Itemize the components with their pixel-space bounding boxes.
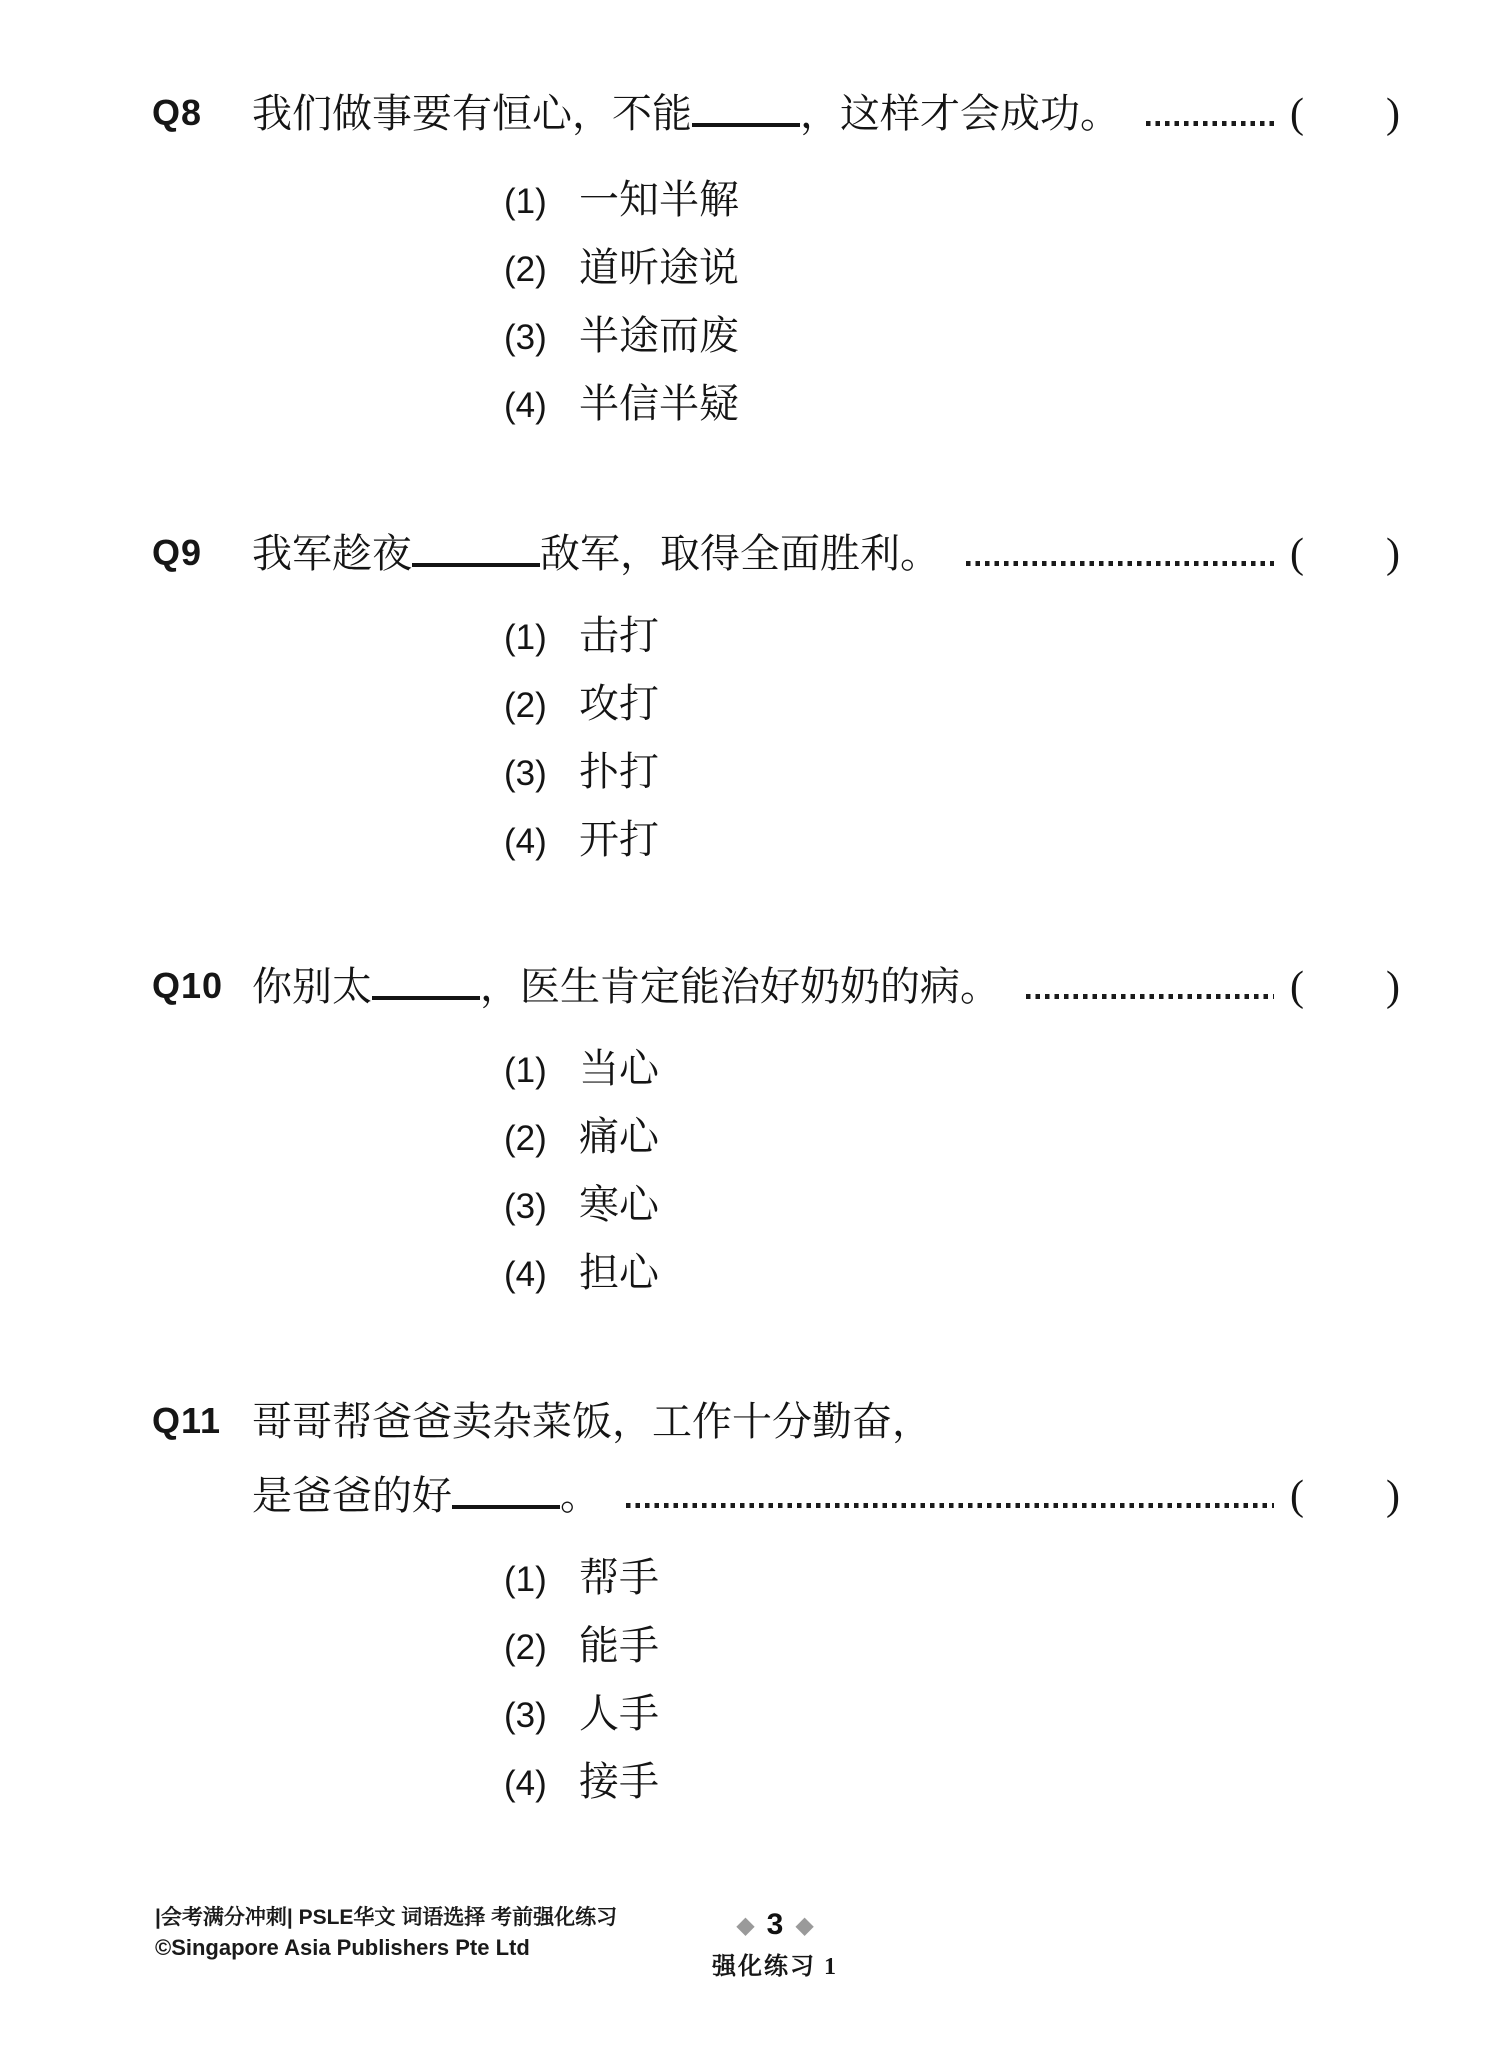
option-row: (2)攻打 <box>504 684 1400 726</box>
option-text: 接手 <box>579 1762 659 1802</box>
diamond-icon: ◆ <box>795 1908 813 1942</box>
option-number: (1) <box>504 1560 579 1600</box>
question-block-q8: Q8 我们做事要有恒心，不能，这样才会成功。 () (1)一知半解 (2)道听途… <box>0 90 1504 452</box>
fill-in-blank <box>372 990 480 1000</box>
answer-brackets: () <box>1290 90 1400 138</box>
question-number: Q8 <box>152 92 202 134</box>
option-number: (4) <box>504 1764 579 1804</box>
question-stem-part2: 是爸爸的好。 <box>252 1472 600 1520</box>
stem-pre: 是爸爸的好 <box>252 1473 452 1518</box>
option-text: 道听途说 <box>579 248 739 288</box>
option-number: (2) <box>504 250 579 290</box>
question-block-q11: Q11 哥哥帮爸爸卖杂菜饭，工作十分勤奋， 是爸爸的好。 () (1)帮手 (2… <box>0 1398 1504 1830</box>
stem-pre: 我们做事要有恒心，不能 <box>252 91 692 136</box>
stem-post: ，这样才会成功。 <box>800 91 1120 136</box>
stem-post: ，医生肯定能治好奶奶的病。 <box>480 964 1000 1009</box>
option-row: (2)能手 <box>504 1626 1400 1668</box>
option-number: (1) <box>504 618 579 658</box>
question-number: Q11 <box>152 1400 221 1442</box>
option-number: (3) <box>504 754 579 794</box>
answer-brackets: () <box>1290 530 1400 578</box>
options-list: (1)当心 (2)痛心 (3)寒心 (4)担心 <box>504 1049 1400 1295</box>
answer-brackets: () <box>1290 1472 1400 1520</box>
diamond-icon: ◆ <box>736 1908 754 1942</box>
option-text: 担心 <box>579 1253 659 1293</box>
option-text: 半信半疑 <box>579 384 739 424</box>
option-text: 寒心 <box>579 1185 659 1225</box>
option-number: (3) <box>504 1187 579 1227</box>
footer-publisher: ©Singapore Asia Publishers Pte Ltd <box>155 1933 617 1963</box>
stem-pre: 你别太 <box>252 964 372 1009</box>
question-stem: 你别太，医生肯定能治好奶奶的病。 <box>252 963 1000 1011</box>
option-number: (4) <box>504 822 579 862</box>
dotted-leader <box>626 1503 1274 1508</box>
bracket-close: ) <box>1386 1473 1400 1519</box>
option-row: (4)担心 <box>504 1253 1400 1295</box>
option-row: (1)当心 <box>504 1049 1400 1091</box>
stem-pre: 我军趁夜 <box>252 531 412 576</box>
question-number: Q10 <box>152 965 223 1007</box>
option-row: (1)一知半解 <box>504 180 1400 222</box>
option-text: 人手 <box>579 1694 659 1734</box>
option-number: (3) <box>504 318 579 358</box>
dotted-leader <box>966 561 1274 566</box>
footer-page-block: ◆ 3 ◆ 强化练习 1 <box>655 1908 895 1981</box>
question-stem: 我军趁夜敌军，取得全面胜利。 <box>252 530 940 578</box>
option-number: (2) <box>504 686 579 726</box>
bracket-close: ) <box>1386 531 1400 577</box>
answer-brackets: () <box>1290 963 1400 1011</box>
option-text: 半途而废 <box>579 316 739 356</box>
exercise-caption: 强化练习 1 <box>655 1946 895 1981</box>
option-row: (4)接手 <box>504 1762 1400 1804</box>
question-stem-line: 我军趁夜敌军，取得全面胜利。 () <box>252 530 1400 578</box>
bracket-close: ) <box>1386 91 1400 137</box>
option-row: (3)半途而废 <box>504 316 1400 358</box>
option-text: 能手 <box>579 1626 659 1666</box>
dotted-leader <box>1026 994 1274 999</box>
question-number: Q9 <box>152 532 202 574</box>
question-stem-line-1: 哥哥帮爸爸卖杂菜饭，工作十分勤奋， <box>252 1398 1400 1446</box>
footer-series-title: |会考满分冲刺| PSLE华文 词语选择 考前强化练习 <box>155 1903 617 1933</box>
option-row: (1)帮手 <box>504 1558 1400 1600</box>
option-row: (4)开打 <box>504 820 1400 862</box>
option-number: (3) <box>504 1696 579 1736</box>
question-block-q9: Q9 我军趁夜敌军，取得全面胜利。 () (1)击打 (2)攻打 (3)扑打 (… <box>0 530 1504 888</box>
option-row: (2)痛心 <box>504 1117 1400 1159</box>
question-body: 你别太，医生肯定能治好奶奶的病。 () (1)当心 (2)痛心 (3)寒心 (4… <box>252 963 1400 1295</box>
option-text: 扑打 <box>579 752 659 792</box>
option-text: 开打 <box>579 820 659 860</box>
option-row: (3)扑打 <box>504 752 1400 794</box>
bracket-open: ( <box>1290 531 1304 577</box>
option-number: (4) <box>504 386 579 426</box>
option-row: (4)半信半疑 <box>504 384 1400 426</box>
fill-in-blank <box>692 117 800 127</box>
footer-imprint: |会考满分冲刺| PSLE华文 词语选择 考前强化练习 ©Singapore A… <box>155 1903 617 1963</box>
question-stem-line-2: 是爸爸的好。 () <box>252 1472 1400 1520</box>
question-body: 我军趁夜敌军，取得全面胜利。 () (1)击打 (2)攻打 (3)扑打 (4)开… <box>252 530 1400 862</box>
option-text: 痛心 <box>579 1117 659 1157</box>
option-row: (3)寒心 <box>504 1185 1400 1227</box>
stem-post: 。 <box>560 1473 600 1518</box>
question-stem-line: 我们做事要有恒心，不能，这样才会成功。 () <box>252 90 1400 138</box>
question-stem: 我们做事要有恒心，不能，这样才会成功。 <box>252 90 1120 138</box>
option-row: (3)人手 <box>504 1694 1400 1736</box>
option-text: 击打 <box>579 616 659 656</box>
dotted-leader <box>1146 121 1274 126</box>
option-number: (1) <box>504 1051 579 1091</box>
question-body: 哥哥帮爸爸卖杂菜饭，工作十分勤奋， 是爸爸的好。 () (1)帮手 (2)能手 … <box>252 1398 1400 1804</box>
option-number: (2) <box>504 1628 579 1668</box>
bracket-open: ( <box>1290 1473 1304 1519</box>
exam-page: Q8 我们做事要有恒心，不能，这样才会成功。 () (1)一知半解 (2)道听途… <box>0 0 1504 2053</box>
bracket-close: ) <box>1386 964 1400 1010</box>
option-row: (2)道听途说 <box>504 248 1400 290</box>
option-text: 一知半解 <box>579 180 739 220</box>
question-block-q10: Q10 你别太，医生肯定能治好奶奶的病。 () (1)当心 (2)痛心 (3)寒… <box>0 963 1504 1321</box>
fill-in-blank <box>412 557 540 567</box>
option-number: (1) <box>504 182 579 222</box>
option-number: (4) <box>504 1255 579 1295</box>
question-stem-line: 你别太，医生肯定能治好奶奶的病。 () <box>252 963 1400 1011</box>
bracket-open: ( <box>1290 91 1304 137</box>
page-number-row: ◆ 3 ◆ <box>655 1908 895 1942</box>
option-text: 当心 <box>579 1049 659 1089</box>
options-list: (1)帮手 (2)能手 (3)人手 (4)接手 <box>504 1558 1400 1804</box>
options-list: (1)一知半解 (2)道听途说 (3)半途而废 (4)半信半疑 <box>504 180 1400 426</box>
stem-post: 敌军，取得全面胜利。 <box>540 531 940 576</box>
question-body: 我们做事要有恒心，不能，这样才会成功。 () (1)一知半解 (2)道听途说 (… <box>252 90 1400 426</box>
question-stem-part1: 哥哥帮爸爸卖杂菜饭，工作十分勤奋， <box>252 1398 932 1446</box>
option-number: (2) <box>504 1119 579 1159</box>
fill-in-blank <box>452 1499 560 1509</box>
bracket-open: ( <box>1290 964 1304 1010</box>
page-number: 3 <box>767 1908 784 1942</box>
option-text: 攻打 <box>579 684 659 724</box>
option-text: 帮手 <box>579 1558 659 1598</box>
options-list: (1)击打 (2)攻打 (3)扑打 (4)开打 <box>504 616 1400 862</box>
option-row: (1)击打 <box>504 616 1400 658</box>
